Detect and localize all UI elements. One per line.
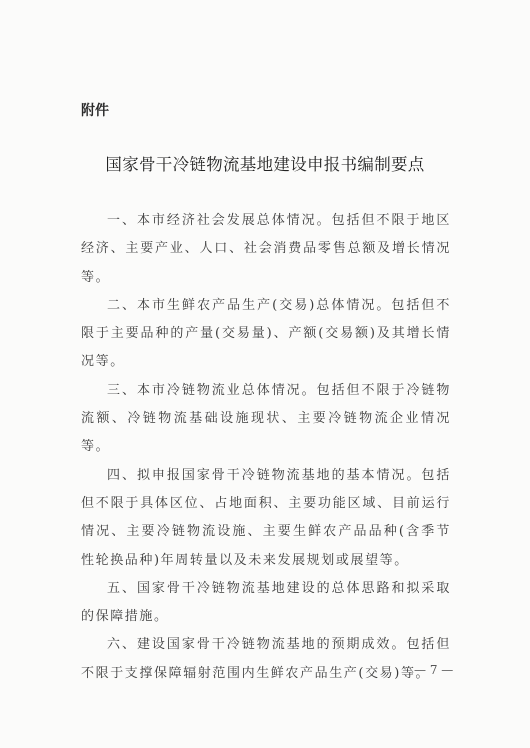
paragraph-3: 三、本市冷链物流业总体情况。包括但不限于冷链物流额、冷链物流基础设施现状、主要冷… [81, 377, 451, 462]
paragraph-6: 六、建设国家骨干冷链物流基地的预期成效。包括但不限于支撑保障辐射范围内生鲜农产品… [81, 631, 451, 688]
attachment-label: 附件 [81, 100, 109, 120]
paragraph-1: 一、本市经济社会发展总体情况。包括但不限于地区经济、主要产业、人口、社会消费品零… [81, 207, 451, 292]
document-title: 国家骨干冷链物流基地建设申报书编制要点 [0, 151, 530, 175]
page-number: — 7 — [414, 663, 453, 677]
paragraph-5: 五、国家骨干冷链物流基地建设的总体思路和拟采取的保障措施。 [81, 575, 451, 632]
document-body: 一、本市经济社会发展总体情况。包括但不限于地区经济、主要产业、人口、社会消费品零… [81, 207, 451, 688]
paragraph-2: 二、本市生鲜农产品生产(交易)总体情况。包括但不限于主要品种的产量(交易量)、产… [81, 292, 451, 377]
paragraph-4: 四、拟申报国家骨干冷链物流基地的基本情况。包括但不限于具体区位、占地面积、主要功… [81, 462, 451, 575]
